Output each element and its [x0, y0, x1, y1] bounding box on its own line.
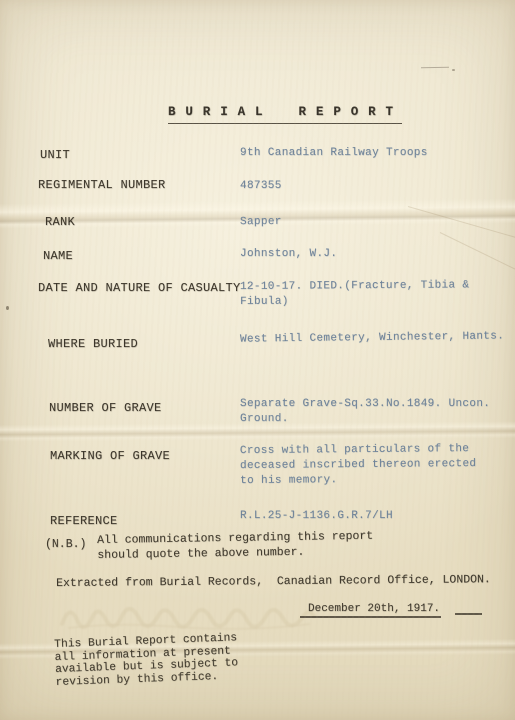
- field-label-unit: UNIT: [40, 148, 70, 162]
- pencil-mark: [421, 67, 449, 68]
- field-label-where-buried: WHERE BURIED: [48, 337, 138, 351]
- field-value-casualty: 12-10-17. DIED.(Fracture, Tibia & Fibula…: [240, 278, 515, 310]
- field-value-grave-number: Separate Grave-Sq.33.No.1849. Uncon. Gro…: [240, 397, 490, 427]
- field-value-reference: R.L.25-J-1136.G.R.7/LH: [240, 509, 393, 524]
- field-label-grave-number: NUMBER OF GRAVE: [49, 401, 162, 415]
- extracted-from-line: Extracted from Burial Records, Canadian …: [56, 573, 491, 590]
- date-underline-extension: [455, 613, 482, 615]
- note-text: All communications regarding this report…: [97, 529, 373, 563]
- date-underline: [300, 616, 441, 618]
- field-value-where-buried: West Hill Cemetery, Winchester, Hants.: [240, 329, 504, 347]
- field-label-regimental-number: REGIMENTAL NUMBER: [38, 178, 166, 192]
- field-label-reference: REFERENCE: [50, 514, 118, 528]
- field-value-regimental-number: 487355: [240, 179, 282, 194]
- field-label-rank: RANK: [45, 215, 75, 229]
- field-value-unit: 9th Canadian Railway Troops: [240, 146, 428, 161]
- note-prefix: (N.B.): [45, 538, 86, 551]
- ink-speck: [6, 306, 9, 310]
- pencil-dot: [452, 69, 455, 71]
- field-label-casualty: DATE AND NATURE OF CASUALTY: [38, 281, 241, 295]
- field-label-grave-marking: MARKING OF GRAVE: [50, 449, 170, 463]
- footer-disclaimer: This Burial Report contains all informat…: [54, 632, 239, 689]
- document-title: B U R I A L R E P O R T: [168, 105, 402, 124]
- field-value-grave-marking: Cross with all particulars of the deceas…: [240, 442, 477, 489]
- diagonal-crease: [408, 206, 515, 240]
- diagonal-crease: [440, 232, 515, 272]
- burial-report-document: B U R I A L R E P O R T UNIT 9th Canadia…: [0, 0, 515, 720]
- field-value-name: Johnston, W.J.: [240, 247, 337, 262]
- field-value-rank: Sapper: [240, 215, 282, 230]
- report-date: December 20th, 1917.: [308, 603, 440, 615]
- field-label-name: NAME: [43, 249, 73, 263]
